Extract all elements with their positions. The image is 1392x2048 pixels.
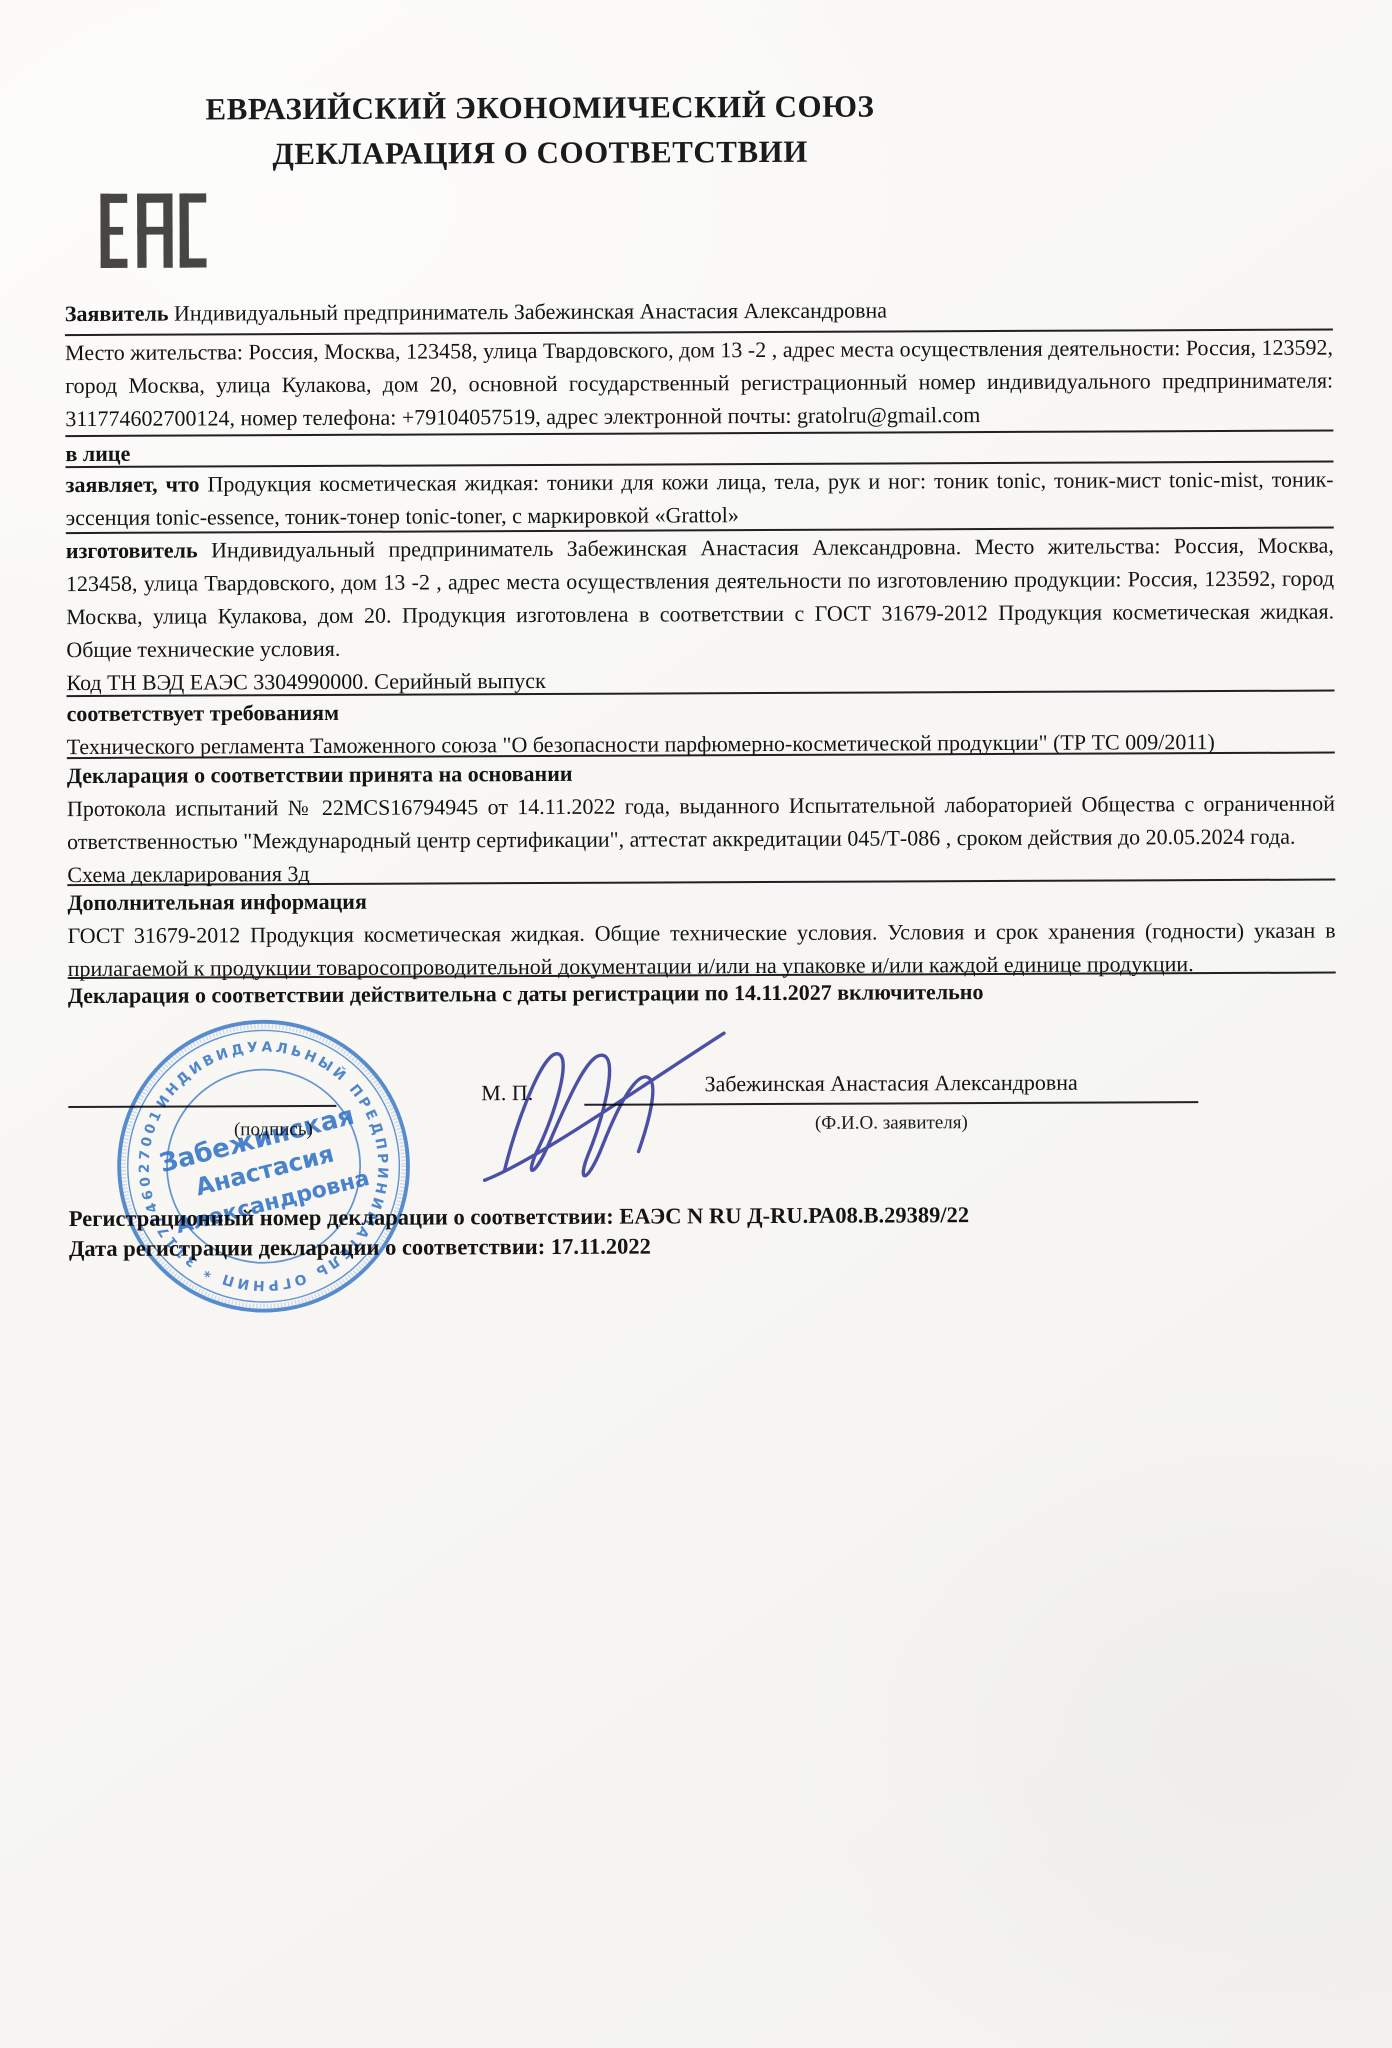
- document-title: ДЕКЛАРАЦИЯ О СООТВЕТСТВИИ: [0, 133, 1080, 174]
- complies-label: соответствует требованиям: [67, 692, 1335, 731]
- signature-area: (подпись) М. П. Забежинская Анастасия Ал…: [68, 1009, 1337, 1205]
- basis-paragraph: Протокола испытаний № 22MCS16794945 от 1…: [67, 787, 1335, 859]
- applicant-label: Заявитель: [65, 301, 169, 326]
- additional-paragraph: ГОСТ 31679-2012 Продукция косметическая …: [67, 914, 1335, 986]
- applicant-value: Индивидуальный предприниматель Забежинск…: [174, 297, 887, 325]
- union-title: ЕВРАЗИЙСКИЙ ЭКОНОМИЧЕСКИЙ СОЮЗ: [0, 88, 1080, 129]
- registration-date-label: Дата регистрации декларации о соответств…: [69, 1234, 545, 1261]
- fio-name: Забежинская Анастасия Александровна: [584, 1067, 1198, 1100]
- fio-block: Забежинская Анастасия Александровна (Ф.И…: [584, 1067, 1198, 1141]
- scanned-sheet: ЕВРАЗИЙСКИЙ ЭКОНОМИЧЕСКИЙ СОЮЗ ДЕКЛАРАЦИ…: [0, 0, 1392, 2048]
- manufacturer-paragraph: изготовитель Индивидуальный предпринимат…: [66, 529, 1335, 667]
- seal-place-label: М. П.: [481, 1076, 533, 1109]
- registration-date-line: Дата регистрации декларации о соответств…: [69, 1229, 1337, 1265]
- document-body: Заявитель Индивидуальный предприниматель…: [65, 292, 1337, 1265]
- signature-line: [68, 1105, 336, 1108]
- applicant-line: Заявитель Индивидуальный предприниматель…: [65, 292, 1333, 331]
- residence-paragraph: Место жительства: Россия, Москва, 123458…: [65, 331, 1333, 436]
- registration-number-value: ЕАЭС N RU Д-RU.РА08.В.29389/22: [619, 1202, 969, 1229]
- declares-paragraph: заявляет, что Продукция косметическая жи…: [66, 463, 1334, 535]
- additional-label: Дополнительная информация: [67, 881, 1335, 920]
- svg-text:ИНДИВИДУАЛЬНЫЙ ПРЕДПРИНИМАТЕЛЬ: ИНДИВИДУАЛЬНЫЙ ПРЕДПРИНИМАТЕЛЬ ОГРНИП * …: [110, 1013, 417, 1320]
- registration-number-label: Регистрационный номер декларации о соотв…: [69, 1204, 614, 1231]
- declares-label: заявляет, что: [66, 471, 200, 497]
- registration-date-value: 17.11.2022: [551, 1234, 651, 1259]
- fio-caption: (Ф.И.О. заявителя): [584, 1105, 1198, 1141]
- declaration-document: ЕВРАЗИЙСКИЙ ЭКОНОМИЧЕСКИЙ СОЮЗ ДЕКЛАРАЦИ…: [0, 0, 1392, 2048]
- document-header: ЕВРАЗИЙСКИЙ ЭКОНОМИЧЕСКИЙ СОЮЗ ДЕКЛАРАЦИ…: [0, 88, 1080, 174]
- declares-value: Продукция косметическая жидкая: тоники д…: [66, 467, 1334, 531]
- manufacturer-value: Индивидуальный предприниматель Забежинск…: [66, 533, 1334, 663]
- svg-text:Анастасия: Анастасия: [193, 1140, 337, 1202]
- eac-logo: [100, 177, 206, 283]
- round-stamp: ИНДИВИДУАЛЬНЫЙ ПРЕДПРИНИМАТЕЛЬ ОГРНИП * …: [110, 1013, 417, 1320]
- signature-caption: (подпись): [206, 1113, 340, 1147]
- stamp-ring-text: ИНДИВИДУАЛЬНЫЙ ПРЕДПРИНИМАТЕЛЬ ОГРНИП * …: [110, 1013, 417, 1320]
- manufacturer-label: изготовитель: [66, 537, 198, 563]
